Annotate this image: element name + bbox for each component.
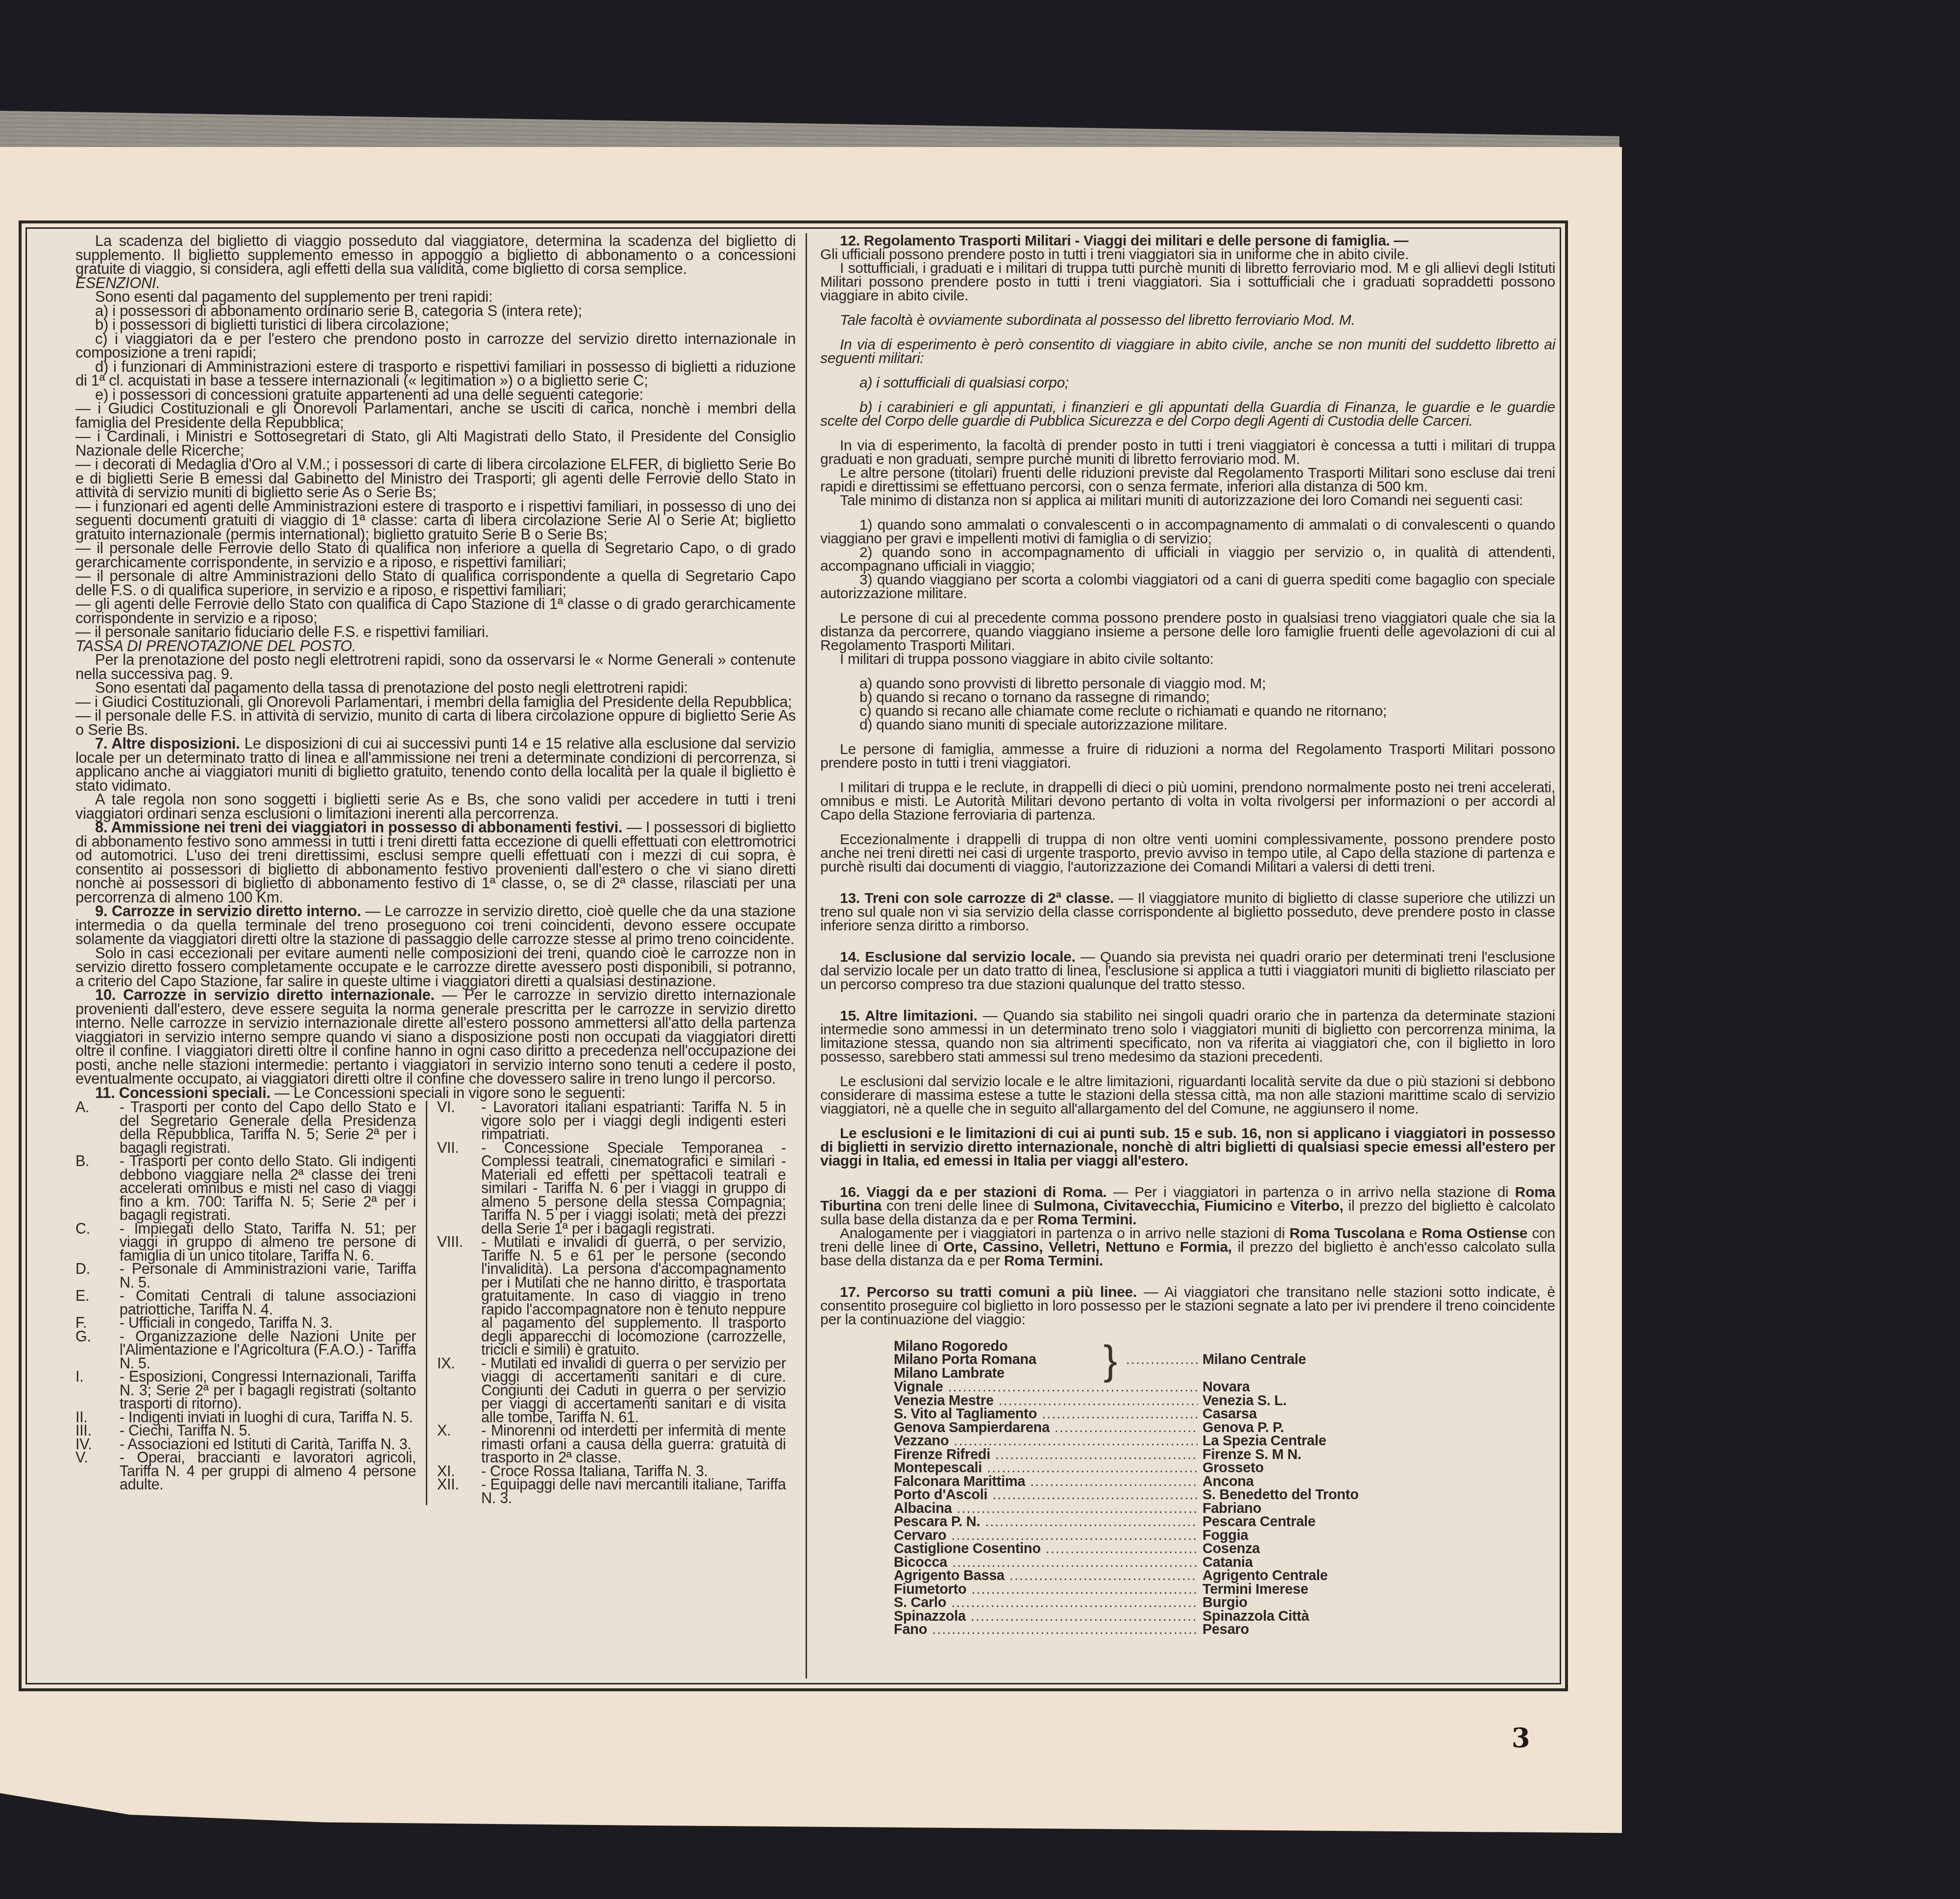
section-7-extra: A tale regola non sono soggetti i biglie… (75, 793, 796, 821)
section-13: 13. Treni con sole carrozze di 2ª classe… (820, 892, 1555, 933)
s12-italic: In via di esperimento è però consentito … (820, 338, 1555, 365)
section-14: 14. Esclusione dal servizio locale. — Qu… (820, 950, 1555, 992)
station-row: Falconara Marittima.....................… (894, 1475, 1506, 1489)
esenzioni-item: d) i funzionari di Amministrazioni ester… (75, 360, 796, 388)
tassa-paragraph: Per la prenotazione del posto negli elet… (75, 653, 796, 681)
concessione-item: D.- Personale di Amministrazioni varie, … (75, 1263, 416, 1290)
section-10: 10. Carrozze in servizio diretto interna… (75, 988, 796, 1086)
s12-more: 2) quando sono in accompagnamento di uff… (820, 546, 1555, 573)
station-row: Pescara P. N............................… (894, 1515, 1506, 1529)
s12-more: Tale minimo di distanza non si applica a… (820, 494, 1555, 508)
station-row: Vignale.................................… (894, 1381, 1506, 1394)
s12-paragraph: I sottufficiali, i graduati e i militari… (820, 262, 1555, 303)
s12-more: I militari di truppa possono viaggiare i… (820, 653, 1555, 666)
concessione-item: XII.- Equipaggi delle navi mercantili it… (437, 1478, 786, 1505)
concessione-item: E.- Comitati Centrali di talune associaz… (75, 1290, 416, 1316)
s12-end: I militari di truppa e le reclute, in dr… (820, 781, 1555, 822)
station-row: Fiumetorto..............................… (894, 1583, 1506, 1597)
esenzioni-item: c) i viaggiatori da e per l'estero che p… (75, 332, 796, 360)
concessione-item: VI.- Lavoratori italiani espatrianti: Ta… (437, 1101, 786, 1142)
section-7: 7. Altre disposizioni. Le disposizioni d… (75, 737, 796, 793)
s12-list-item: d) quando siano muniti di speciale autor… (820, 718, 1555, 732)
concessione-item: G.- Organizzazione delle Nazioni Unite p… (75, 1330, 416, 1371)
station-from: Milano Rogoredo (894, 1340, 1100, 1354)
station-row: Genova Sampierdarena....................… (894, 1421, 1506, 1435)
s12-more: 3) quando viaggiano per scorta a colombi… (820, 573, 1555, 601)
concessione-item: I.- Esposizioni, Congressi Internazional… (75, 1370, 416, 1411)
left-column: La scadenza del biglietto di viaggio pos… (75, 234, 796, 1677)
s12-italic: Tale facoltà è ovviamente subordinata al… (820, 314, 1555, 327)
esenzioni-dash: — gli agenti delle Ferrovie dello Stato … (75, 597, 796, 625)
station-row: Agrigento Bassa.........................… (894, 1569, 1506, 1583)
section-16: 16. Viaggi da e per stazioni di Roma. — … (820, 1186, 1555, 1227)
station-row: Albacina................................… (894, 1502, 1506, 1516)
section-16-extra: Analogamente per i viaggiatori in parten… (820, 1227, 1555, 1268)
station-row: Vezzano.................................… (894, 1435, 1506, 1448)
concessione-item: V.- Operai, braccianti e lavoratori agri… (75, 1451, 416, 1492)
section-11: 11. Concessioni speciali. — Le Concessio… (75, 1086, 796, 1100)
station-table: Milano Rogoredo Milano Porta Romana Mila… (894, 1339, 1506, 1637)
page-number: 3 (1512, 1722, 1530, 1753)
esenzioni-dash: — i decorati di Medaglia d'Oro al V.M.; … (75, 458, 796, 500)
station-row: Porto d'Ascoli..........................… (894, 1488, 1506, 1502)
station-row: Fano....................................… (894, 1623, 1506, 1637)
concessione-item: B.- Trasporti per conto dello Stato. Gli… (75, 1155, 416, 1222)
station-group-milano: Milano Rogoredo Milano Porta Romana Mila… (894, 1339, 1506, 1381)
esenzioni-dash: — i funzionari ed agenti delle Amministr… (75, 500, 796, 542)
section-12-heading: 12. Regolamento Trasporti Militari - Via… (820, 234, 1555, 248)
s12-more: In via di esperimento, la facoltà di pre… (820, 439, 1555, 466)
section-9: 9. Carrozze in servizio diretto interno.… (75, 904, 796, 947)
s12-more: Le altre persone (titolari) fruenti dell… (820, 466, 1555, 494)
concessioni-list: A.- Trasporti per conto del Capo dello S… (75, 1101, 796, 1505)
station-row: S. Vito al Tagliamento..................… (894, 1408, 1506, 1421)
brace-icon: } (1103, 1339, 1117, 1381)
concessioni-left: A.- Trasporti per conto del Capo dello S… (75, 1101, 426, 1505)
leader-dots: ........................................… (1126, 1353, 1198, 1367)
concessione-item: VII.- Concessione Speciale Temporanea - … (437, 1142, 786, 1236)
station-from: Milano Lambrate (894, 1367, 1100, 1381)
concessione-item: C.- Impiegati dello Stato, Tariffa N. 51… (75, 1222, 416, 1263)
tassa-paragraph: — il personale delle F.S. in attività di… (75, 709, 796, 737)
section-8: 8. Ammissione nei treni dei viaggiatori … (75, 821, 796, 904)
esenzioni-dash: — i Cardinali, i Ministri e Sottosegreta… (75, 430, 796, 458)
station-row: Spinazzola..............................… (894, 1610, 1506, 1624)
station-row: Cervaro.................................… (894, 1529, 1506, 1543)
section-15: 15. Altre limitazioni. — Quando sia stab… (820, 1009, 1555, 1064)
right-column: 12. Regolamento Trasporti Militari - Via… (820, 234, 1555, 1677)
station-from: Milano Porta Romana (894, 1353, 1100, 1367)
s12-italic: b) i carabinieri e gli appuntati, i fina… (820, 401, 1555, 428)
section-15-bold-note: Le esclusioni e le limitazioni di cui ai… (820, 1127, 1555, 1168)
station-row: Castiglione Cosentino...................… (894, 1542, 1506, 1556)
concessione-item: X.- Minorenni od interdetti per infermit… (437, 1424, 786, 1465)
text-frame: La scadenza del biglietto di viaggio pos… (19, 220, 1568, 1691)
concessione-item: IX.- Mutilati ed invalidi di guerra o pe… (437, 1357, 786, 1425)
station-row: Bicocca.................................… (894, 1556, 1506, 1570)
s12-list-item: a) quando sono provvisti di libretto per… (820, 677, 1555, 691)
esenzioni-dash: — il personale delle Ferrovie dello Stat… (75, 541, 796, 569)
esenzioni-dash: — il personale di altre Amministrazioni … (75, 569, 796, 597)
concessione-item: A.- Trasporti per conto del Capo dello S… (75, 1101, 416, 1155)
s12-paragraph: Gli ufficiali possono prendere posto in … (820, 248, 1555, 262)
station-to: Milano Centrale (1202, 1353, 1506, 1367)
concessione-item: VIII.- Mutilati e invalidi di guerra, o … (437, 1236, 786, 1357)
column-divider (806, 233, 807, 1679)
section-15-extra: Le esclusioni dal servizio locale e le a… (820, 1075, 1555, 1116)
station-row: Firenze Rifredi.........................… (894, 1448, 1506, 1462)
s12-italic: a) i sottufficiali di qualsiasi corpo; (820, 376, 1555, 390)
station-row: S. Carlo................................… (894, 1596, 1506, 1610)
station-row: Montepescali............................… (894, 1461, 1506, 1475)
intro-paragraph: La scadenza del biglietto di viaggio pos… (75, 234, 796, 276)
s12-end: Eccezionalmente i drappelli di truppa di… (820, 833, 1555, 874)
concessioni-right: VI.- Lavoratori italiani espatrianti: Ta… (426, 1101, 796, 1505)
esenzioni-dash: — i Giudici Costituzionali e gli Onorevo… (75, 402, 796, 430)
s12-more: Le persone di cui al precedente comma po… (820, 611, 1555, 653)
s12-list-item: b) quando si recano o tornano da rassegn… (820, 691, 1555, 705)
s12-list-item: c) quando si recano alle chiamate come r… (820, 705, 1555, 718)
section-17: 17. Percorso su tratti comuni a più line… (820, 1286, 1555, 1327)
section-9-extra: Solo in casi eccezionali per evitare aum… (75, 947, 796, 989)
station-row: Venezia Mestre..........................… (894, 1394, 1506, 1408)
s12-end: Le persone di famiglia, ammesse a fruire… (820, 743, 1555, 770)
s12-more: 1) quando sono ammalati o convalescenti … (820, 518, 1555, 546)
